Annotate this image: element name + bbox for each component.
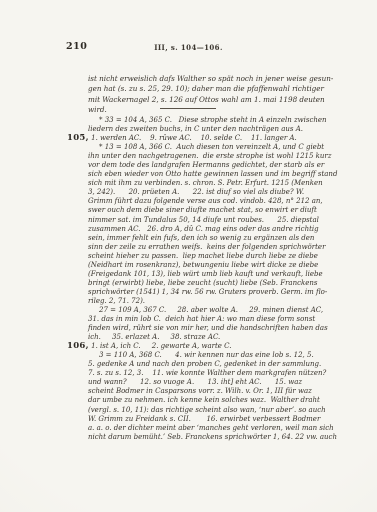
note-line: a. a. o. der dichter meint aber ‘manches… [88, 424, 330, 433]
note-line: nimmer sat. im Tundalus 50, 14 diufe unt… [88, 216, 330, 225]
note-line: (vergl. s. 10, 11): das richtige scheint… [88, 406, 330, 415]
intro-line: mit Wackernagel 2, s. 126 auf Ottos wahl… [88, 95, 328, 105]
note-line: sich mit ihm zu verbinden. s. chron. S. … [88, 179, 330, 188]
note-line: vor dem tode des landgrafen Hermanns ged… [88, 161, 330, 170]
note-line: rileg. 2, 71. 72). [88, 297, 330, 306]
note-line: finden wird, rührt sie von mir her, und … [88, 324, 330, 333]
running-header: III, s. 104—106. [0, 43, 377, 52]
note-line: ich. 35. erlazet A. 38. straze AC. [88, 333, 330, 342]
note-line: bringt (erwirbt) liebe, liebe zeucht (su… [88, 279, 330, 288]
note-line: dar umbe zu nehmen. ich kenne kein solch… [88, 396, 330, 405]
intro-line: ist nicht erweislich dafs Walther so spä… [88, 74, 328, 84]
intro-line: wird. [88, 105, 328, 115]
note-line: 7. s. zu s. 12, 3. 11. wie konnte Walthe… [88, 369, 330, 378]
note-line: 106, 1. ist A, ich C. 2. gewarte A, wart… [67, 342, 330, 351]
note-line: und wann? 12. so vuoge A. 13. iht] eht A… [88, 378, 330, 387]
intro-paragraph: ist nicht erweislich dafs Walther so spä… [88, 74, 328, 116]
note-line: * 33 = 104 A, 365 C. Diese strophe steht… [88, 116, 330, 125]
note-line: 5. gedenke A und nach den proben C, gede… [88, 360, 330, 369]
note-line: scheint Bodmer in Casparsons vorr. z. Wi… [88, 387, 330, 396]
note-line: (Freigedank 101, 13), lieb würt umb lieb… [88, 270, 330, 279]
section-number: 105, [67, 133, 89, 143]
note-line: sich eben wieder von Otto hatte gewinnen… [88, 170, 330, 179]
note-line: 3 = 110 A, 368 C. 4. wir kennen nur das … [88, 351, 330, 360]
note-line: 105, 1. werden AC. 9. rûwe AC. 10. selde… [67, 134, 330, 143]
note-line: zusammen AC. 26. dro A, dû C. mag eins o… [88, 225, 330, 234]
note-line: 3, 242). 20. prüeten A. 22. ist diuf so … [88, 188, 330, 197]
note-line: (Neidhart im rosenkranz), betwungeniu li… [88, 261, 330, 270]
section-number: 106, [67, 341, 89, 351]
note-line: * 13 = 108 A, 366 C. Auch diesen ton ver… [88, 143, 330, 152]
note-line: Grimm führt dazu folgende verse aus cod.… [88, 197, 330, 206]
note-line: ihn unter den nachgetragenen. die erste … [88, 152, 330, 161]
intro-line: gen hat (s. zu s. 25, 29. 10); daher man… [88, 84, 328, 94]
note-line: sprichwörter (1541) 1, 34 rw. 56 rw. Gru… [88, 288, 330, 297]
note-line: scheint hieher zu passen. liep machet li… [88, 252, 330, 261]
book-page: 210 III, s. 104—106. ist nicht erweislic… [0, 0, 377, 512]
note-line: W. Grimm zu Freidank s. CII. 16. erwirbe… [88, 415, 330, 424]
section-divider [160, 108, 216, 109]
note-line: 31. das in min lob C. deich hat hier A: … [88, 315, 330, 324]
annotations-block: * 33 = 104 A, 365 C. Diese strophe steht… [88, 116, 330, 442]
note-line: sein, immer fehlt ein fufs, den ich so w… [88, 234, 330, 243]
note-line: sinn der zeile zu errathen weifs. keins … [88, 243, 330, 252]
note-line: swer ouch dem diebe siner diufte machet … [88, 206, 330, 215]
note-line: liedern des zweiten buchs, in C unter de… [88, 125, 330, 134]
note-line: 27 = 109 A, 367 C. 28. aber wolte A. 29.… [88, 306, 330, 315]
note-line: nicht darum bemüht.’ Seb. Franckens spri… [88, 433, 330, 442]
